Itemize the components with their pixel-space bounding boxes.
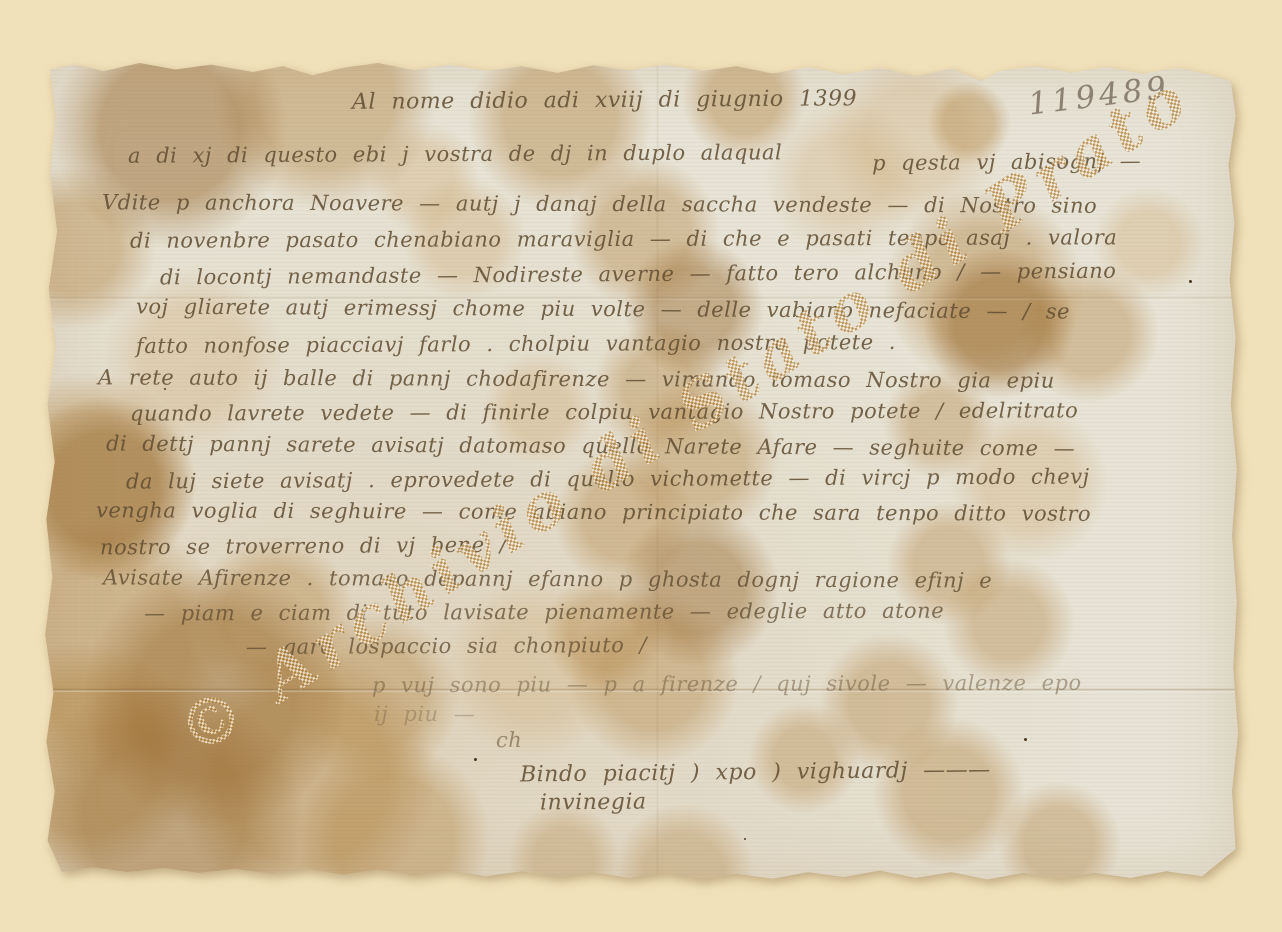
paper-speck <box>744 838 746 840</box>
paper-speck <box>1024 738 1027 741</box>
manuscript-line: ij piu — <box>374 702 475 726</box>
signature-line: Bindo piacitj ) xpo ) vighuardj ——— <box>520 758 991 788</box>
paper-speck <box>474 758 477 761</box>
scanned-letter-page: { "page": { "mount_color": "#f1e1ba" }, … <box>0 0 1282 932</box>
paper-speck <box>1189 280 1192 283</box>
manuscript-line: A rete auto ij balle di pannj chodafiren… <box>98 365 1055 392</box>
manuscript-line: a di xj di questo ebi j vostra de dj in … <box>128 140 782 167</box>
manuscript-line: p vuj sono piu — p a firenze / quj sivol… <box>372 671 1082 697</box>
manuscript-line: — piam e ciam di tuto lavisate pienament… <box>144 599 944 626</box>
manuscript-line: Avisate Afirenze . tomaso depannj efanno… <box>103 565 992 592</box>
signature-line: invinegia <box>540 790 647 816</box>
manuscript-line: ch <box>496 728 522 752</box>
header-date-line: Al nome didio adi xviij di giugnio 1399 <box>352 86 857 115</box>
